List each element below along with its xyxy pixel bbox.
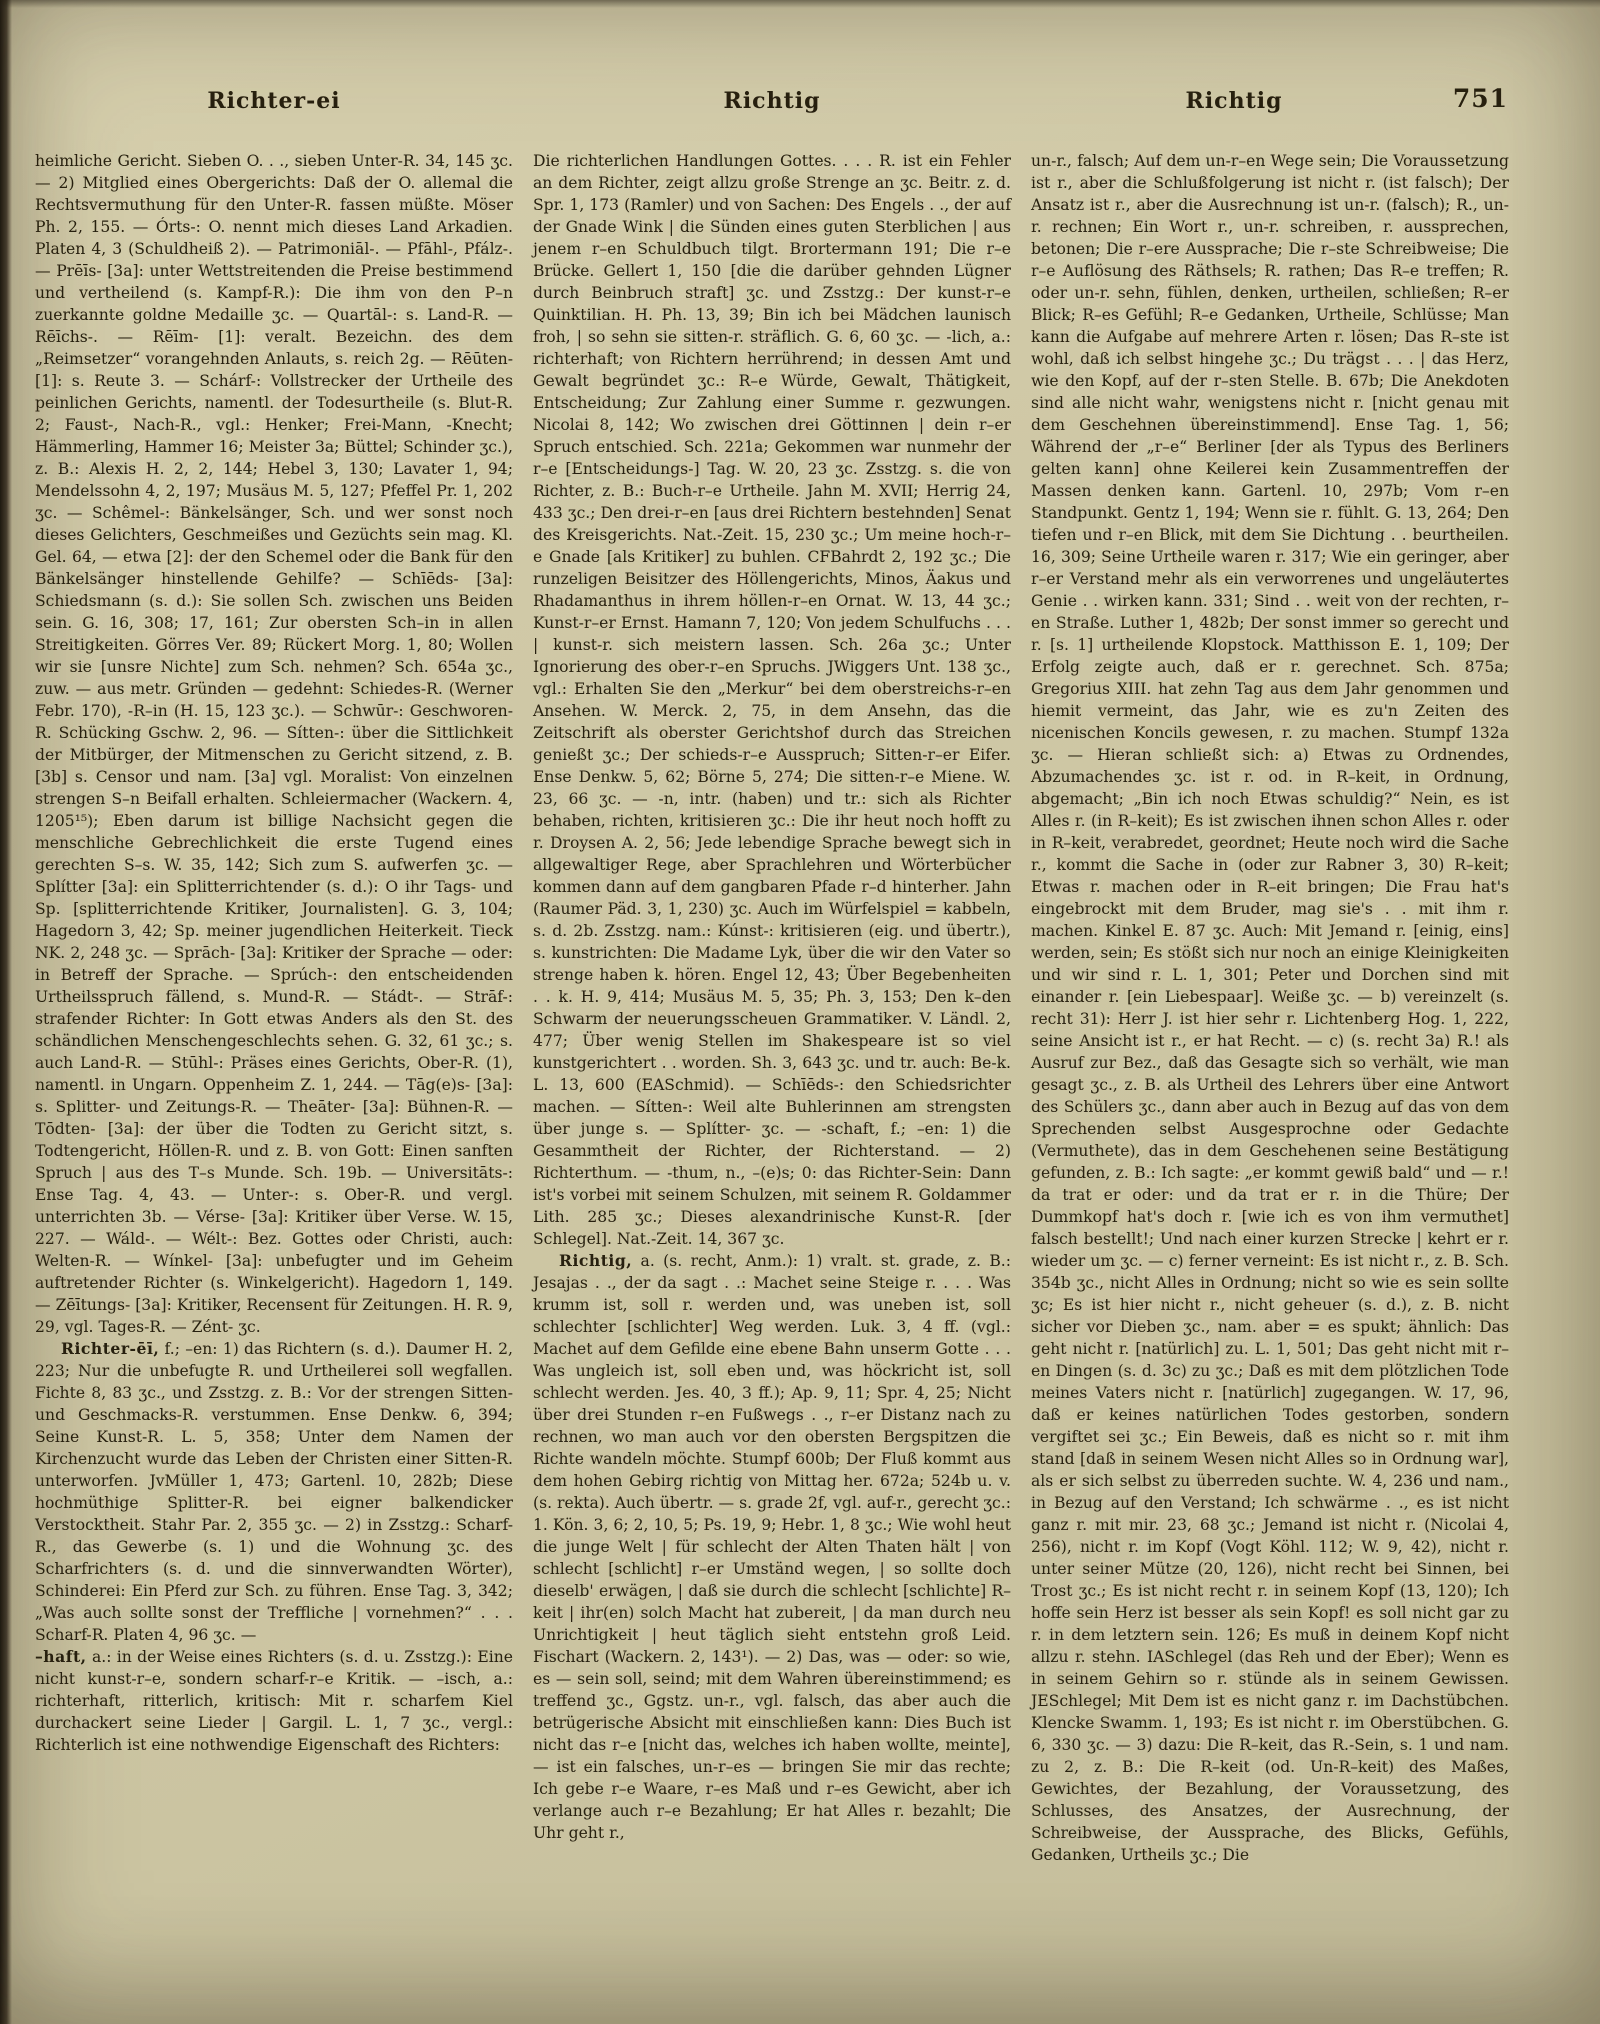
continuation-richterlich: Die richterlichen Handlungen Gottes. . .… — [533, 150, 1011, 1250]
page-number: 751 — [1428, 84, 1508, 113]
entry-richtig: Richtig, a. (s. recht, Anm.): 1) vralt. … — [533, 1250, 1011, 1844]
scan-edge-left — [0, 0, 12, 2024]
dictionary-page-scan: Richter-ei Richtig Richtig 751 heimliche… — [0, 0, 1600, 2024]
entry-richterhaft-richterisch: –haft, a.: in der Weise eines Richters (… — [35, 1646, 513, 1756]
text-column-center: Die richterlichen Handlungen Gottes. . .… — [533, 150, 1011, 1866]
running-head-center: Richtig — [533, 88, 1011, 114]
entry-richter-ei: Richter-ēī, f.; –en: 1) das Richtern (s.… — [35, 1338, 513, 1646]
running-head-left: Richter-ei — [35, 88, 513, 114]
continuation-richtig: un-r., falsch; Auf dem un-r–en Wege sein… — [1031, 150, 1509, 1866]
entry-headword: Richter-ēī, — [61, 1339, 159, 1358]
scan-edge-top — [0, 0, 1600, 8]
continuation-richter-compounds: heimliche Gericht. Sieben O. . ., sieben… — [35, 150, 513, 1338]
text-columns: heimliche Gericht. Sieben O. . ., sieben… — [35, 150, 1509, 1866]
text-column-right: un-r., falsch; Auf dem un-r–en Wege sein… — [1031, 150, 1509, 1866]
text-column-left: heimliche Gericht. Sieben O. . ., sieben… — [35, 150, 513, 1866]
running-head-right: Richtig — [995, 88, 1473, 114]
running-head-row: Richter-ei Richtig Richtig — [35, 88, 1509, 114]
entry-headword: Richtig, — [559, 1251, 632, 1270]
entry-headword: –haft, — [35, 1647, 87, 1666]
